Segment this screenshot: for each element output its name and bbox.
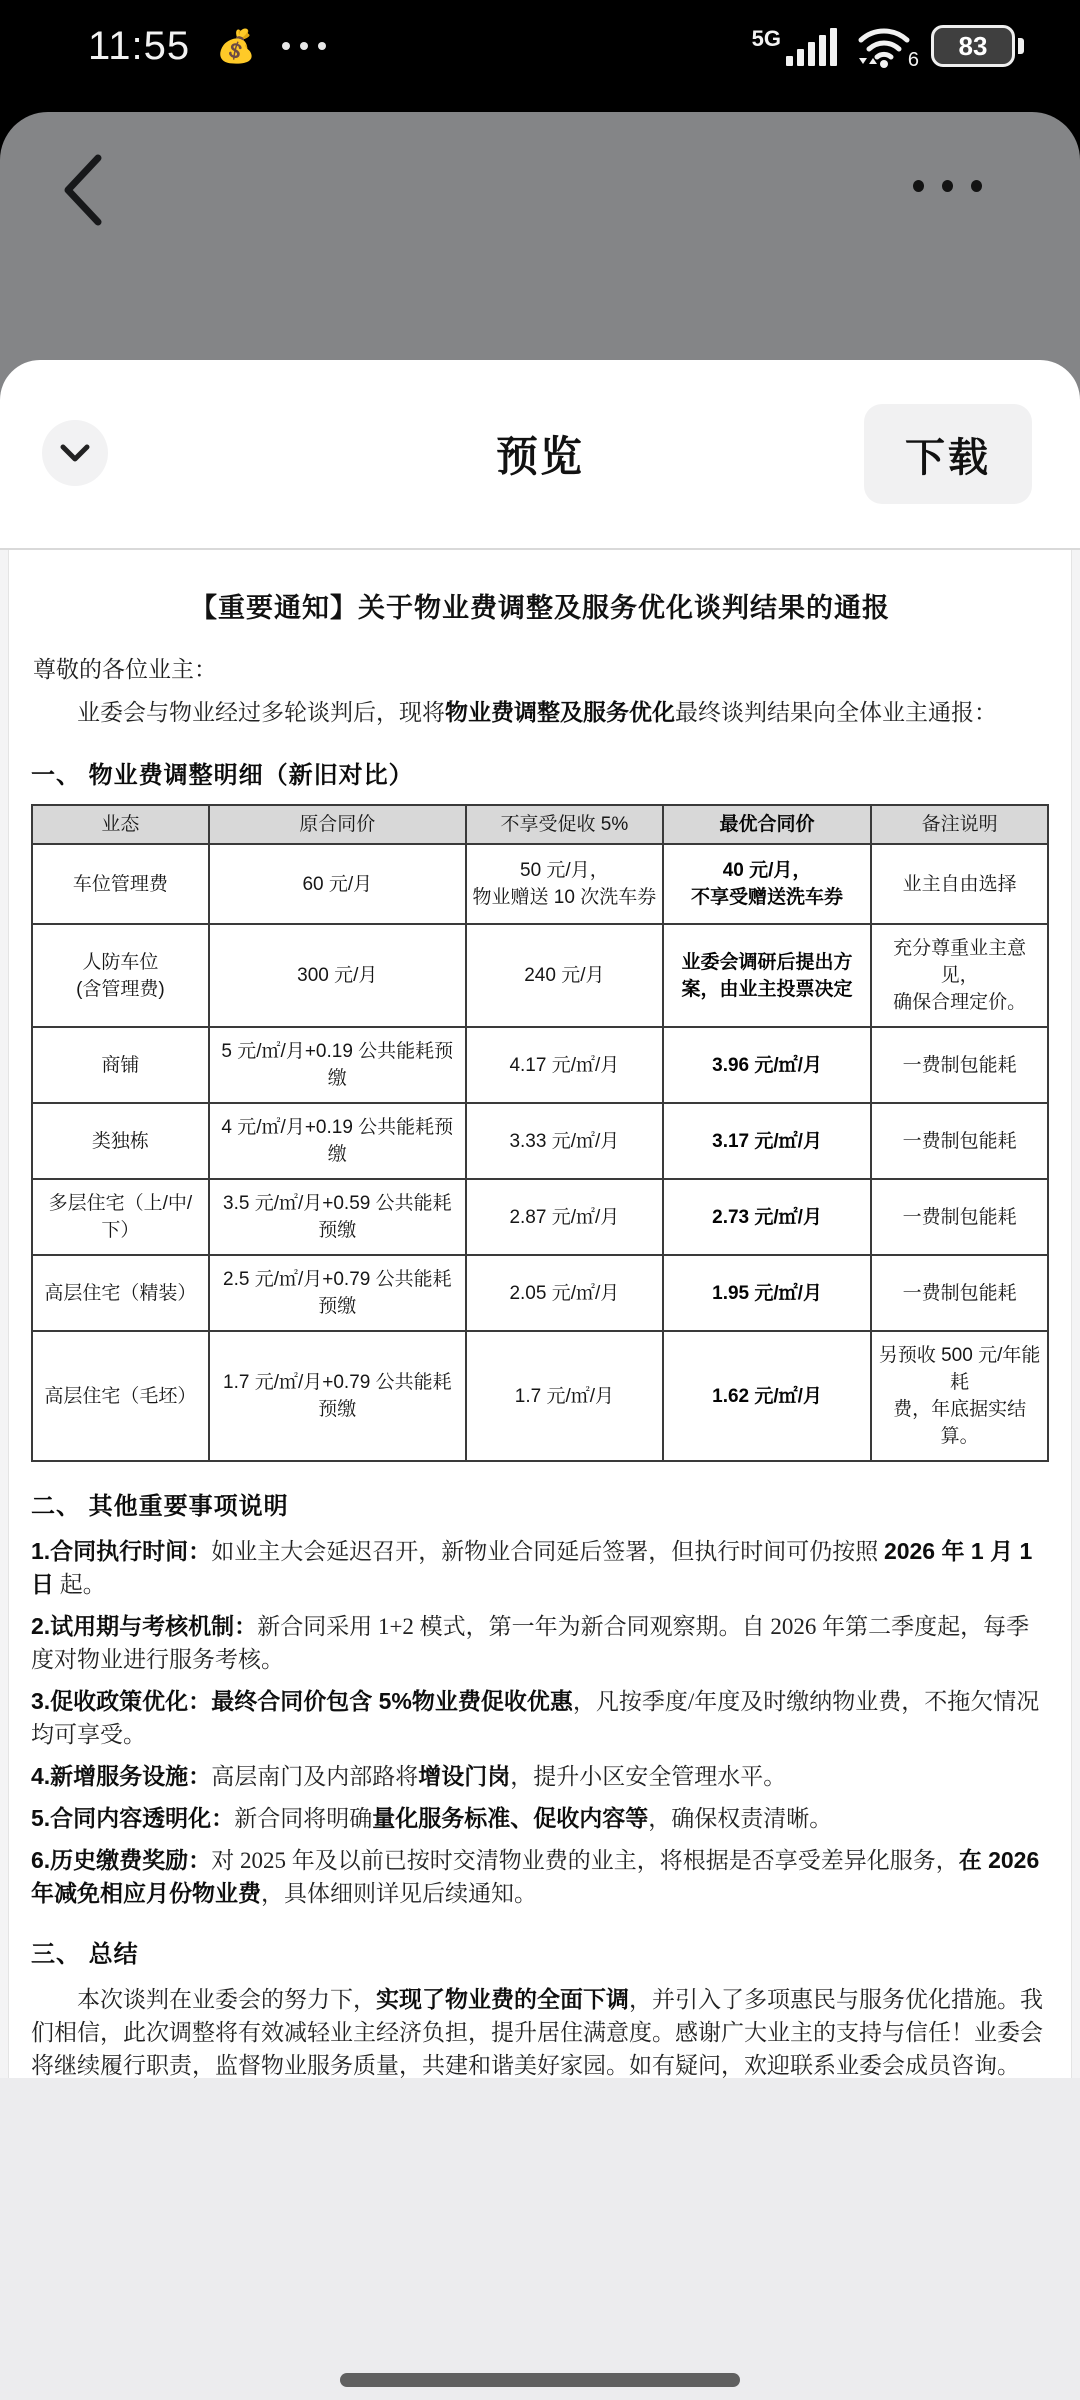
- document-viewport[interactable]: 【重要通知】关于物业费调整及服务优化谈判结果的通报 尊敬的各位业主： 业委会与物…: [0, 548, 1080, 2078]
- table-cell: 高层住宅（精装）: [32, 1255, 209, 1331]
- bold-text-run: 物业费调整及服务优化: [445, 699, 675, 725]
- table-cell: 1.62 元/㎡/月: [663, 1331, 871, 1461]
- table-cell: 一费制包能耗: [871, 1255, 1048, 1331]
- table-row: 人防车位 (含管理费)300 元/月240 元/月业委会调研后提出方 案，由业主…: [32, 924, 1048, 1027]
- text-run: 如业主大会延迟召开，新物业合同延后签署，但执行时间可仍按照: [211, 1539, 884, 1564]
- text-run: ，确保权责清晰。: [648, 1806, 832, 1831]
- table-header-cell: 不享受促收 5%: [466, 805, 663, 844]
- preview-toolbar: 预览 下载: [0, 360, 1080, 548]
- section1-heading: 一、 物业费调整明细（新旧对比）: [31, 755, 1049, 790]
- bold-text-run: 3.促收政策优化：: [31, 1688, 211, 1714]
- bold-text-run: 4.新增服务设施：: [31, 1763, 211, 1789]
- section3-heading: 三、 总结: [31, 1934, 1049, 1969]
- money-bag-emoji-icon: 💰: [216, 30, 256, 62]
- table-cell: 充分尊重业主意见， 确保合理定价。: [871, 924, 1048, 1027]
- table-row: 车位管理费60 元/月50 元/月， 物业赠送 10 次洗车券40 元/月， 不…: [32, 844, 1048, 924]
- table-cell: 60 元/月: [209, 844, 466, 924]
- table-cell: 类独栋: [32, 1103, 209, 1179]
- sheet-footer: [0, 2078, 1080, 2400]
- table-cell: 1.95 元/㎡/月: [663, 1255, 871, 1331]
- table-row: 商铺5 元/㎡/月+0.19 公共能耗预缴4.17 元/㎡/月3.96 元/㎡/…: [32, 1027, 1048, 1103]
- chevron-down-icon: [60, 444, 90, 462]
- table-cell: 业委会调研后提出方 案，由业主投票决定: [663, 924, 871, 1027]
- network-type-label: 5G: [752, 26, 781, 52]
- text-run: 最终谈判结果向全体业主通报：: [675, 700, 997, 725]
- home-indicator-bar[interactable]: [340, 2373, 740, 2387]
- cellular-signal-icon: 5G: [752, 26, 837, 66]
- bold-text-run: 增设门岗: [418, 1763, 510, 1789]
- table-cell: 5 元/㎡/月+0.19 公共能耗预缴: [209, 1027, 466, 1103]
- table-cell: 另预收 500 元/年能耗 费，年底据实结算。: [871, 1331, 1048, 1461]
- salutation: 尊敬的各位业主：: [33, 651, 1049, 684]
- note-item: 5.合同内容透明化：新合同将明确量化服务标准、促收内容等，确保权责清晰。: [31, 1802, 1049, 1835]
- notes-list: 1.合同执行时间：如业主大会延迟召开，新物业合同延后签署，但执行时间可仍按照 2…: [31, 1535, 1049, 1910]
- text-run: 起。: [54, 1572, 106, 1597]
- table-cell: 2.87 元/㎡/月: [466, 1179, 663, 1255]
- table-header-cell: 备注说明: [871, 805, 1048, 844]
- bold-text-run: 量化服务标准、促收内容等: [372, 1805, 648, 1831]
- table-cell: 50 元/月， 物业赠送 10 次洗车券: [466, 844, 663, 924]
- document-title: 【重要通知】关于物业费调整及服务优化谈判结果的通报: [31, 586, 1049, 625]
- chevron-left-icon: [60, 152, 104, 228]
- table-cell: 3.17 元/㎡/月: [663, 1103, 871, 1179]
- collapse-sheet-button[interactable]: [42, 420, 108, 486]
- preview-sheet: 预览 下载 【重要通知】关于物业费调整及服务优化谈判结果的通报 尊敬的各位业主：…: [0, 360, 1080, 2400]
- note-item: 1.合同执行时间：如业主大会延迟召开，新物业合同延后签署，但执行时间可仍按照 2…: [31, 1535, 1049, 1601]
- table-row: 类独栋4 元/㎡/月+0.19 公共能耗预缴3.33 元/㎡/月3.17 元/㎡…: [32, 1103, 1048, 1179]
- table-row: 高层住宅（精装）2.5 元/㎡/月+0.79 公共能耗预缴2.05 元/㎡/月1…: [32, 1255, 1048, 1331]
- table-cell: 3.96 元/㎡/月: [663, 1027, 871, 1103]
- table-header-cell: 最优合同价: [663, 805, 871, 844]
- section2-heading: 二、 其他重要事项说明: [31, 1486, 1049, 1521]
- bold-text-run: 2.试用期与考核机制：: [31, 1613, 257, 1639]
- phone-screen: 11:55 💰 5G 6 83: [0, 0, 1080, 2400]
- text-run: 对 2025 年及以前已按时交清物业费的业主，将根据是否享受差异化服务，: [211, 1848, 959, 1873]
- table-cell: 商铺: [32, 1027, 209, 1103]
- text-run: 高层南门及内部路将: [211, 1764, 418, 1789]
- battery-icon: 83: [931, 25, 1024, 67]
- fee-comparison-table: 业态原合同价不享受促收 5%最优合同价备注说明 车位管理费60 元/月50 元/…: [31, 804, 1049, 1462]
- table-row: 高层住宅（毛坯）1.7 元/㎡/月+0.79 公共能耗预缴1.7 元/㎡/月1.…: [32, 1331, 1048, 1461]
- table-cell: 2.73 元/㎡/月: [663, 1179, 871, 1255]
- table-cell: 240 元/月: [466, 924, 663, 1027]
- wifi-icon: 6: [855, 24, 913, 68]
- bold-text-run: 6.历史缴费奖励：: [31, 1847, 211, 1873]
- more-options-button[interactable]: [903, 170, 992, 202]
- table-cell: 1.7 元/㎡/月+0.79 公共能耗预缴: [209, 1331, 466, 1461]
- back-button[interactable]: [42, 150, 122, 230]
- note-item: 2.试用期与考核机制：新合同采用 1+2 模式，第一年为新合同观察期。自 202…: [31, 1610, 1049, 1676]
- bold-text-run: 1.合同执行时间：: [31, 1538, 211, 1564]
- table-cell: 3.5 元/㎡/月+0.59 公共能耗预缴: [209, 1179, 466, 1255]
- document-page: 【重要通知】关于物业费调整及服务优化谈判结果的通报 尊敬的各位业主： 业委会与物…: [8, 550, 1072, 2078]
- table-cell: 一费制包能耗: [871, 1179, 1048, 1255]
- bold-text-run: 最终合同价包含 5%物业费促收优惠: [211, 1688, 573, 1714]
- wifi6-label: 6: [908, 49, 919, 72]
- table-cell: 4.17 元/㎡/月: [466, 1027, 663, 1103]
- text-run: ，具体细则详见后续通知。: [261, 1881, 537, 1906]
- table-cell: 300 元/月: [209, 924, 466, 1027]
- status-bar: 11:55 💰 5G 6 83: [0, 0, 1080, 82]
- clock: 11:55: [88, 24, 190, 69]
- text-run: 新合同将明确: [234, 1806, 372, 1831]
- notification-dots-icon: [282, 42, 326, 50]
- table-cell: 40 元/月， 不享受赠送洗车券: [663, 844, 871, 924]
- note-item: 4.新增服务设施：高层南门及内部路将增设门岗，提升小区安全管理水平。: [31, 1760, 1049, 1793]
- summary-paragraph: 本次谈判在业委会的努力下，实现了物业费的全面下调，并引入了多项惠民与服务优化措施…: [31, 1983, 1049, 2078]
- note-item: 3.促收政策优化：最终合同价包含 5%物业费促收优惠，凡按季度/年度及时缴纳物业…: [31, 1685, 1049, 1751]
- table-cell: 1.7 元/㎡/月: [466, 1331, 663, 1461]
- table-row: 多层住宅（上/中/下）3.5 元/㎡/月+0.59 公共能耗预缴2.87 元/㎡…: [32, 1179, 1048, 1255]
- table-header-cell: 原合同价: [209, 805, 466, 844]
- table-body: 车位管理费60 元/月50 元/月， 物业赠送 10 次洗车券40 元/月， 不…: [32, 844, 1048, 1461]
- note-item: 6.历史缴费奖励：对 2025 年及以前已按时交清物业费的业主，将根据是否享受差…: [31, 1844, 1049, 1910]
- table-header-row: 业态原合同价不享受促收 5%最优合同价备注说明: [32, 805, 1048, 844]
- download-button[interactable]: 下载: [864, 404, 1032, 504]
- table-cell: 人防车位 (含管理费): [32, 924, 209, 1027]
- text-run: 业委会与物业经过多轮谈判后，现将: [77, 700, 445, 725]
- intro-paragraph: 业委会与物业经过多轮谈判后，现将物业费调整及服务优化最终谈判结果向全体业主通报：: [31, 696, 1049, 729]
- battery-percent: 83: [959, 31, 988, 62]
- table-cell: 一费制包能耗: [871, 1027, 1048, 1103]
- dot-icon: [971, 180, 982, 192]
- table-cell: 高层住宅（毛坯）: [32, 1331, 209, 1461]
- table-cell: 2.5 元/㎡/月+0.79 公共能耗预缴: [209, 1255, 466, 1331]
- sheet-title: 预览: [496, 424, 584, 484]
- text-run: 本次谈判在业委会的努力下，: [77, 1987, 376, 2012]
- table-cell: 一费制包能耗: [871, 1103, 1048, 1179]
- table-cell: 多层住宅（上/中/下）: [32, 1179, 209, 1255]
- table-cell: 2.05 元/㎡/月: [466, 1255, 663, 1331]
- table-cell: 业主自由选择: [871, 844, 1048, 924]
- dot-icon: [942, 180, 953, 192]
- dot-icon: [913, 180, 924, 192]
- table-cell: 车位管理费: [32, 844, 209, 924]
- bold-text-run: 实现了物业费的全面下调: [376, 1986, 629, 2012]
- bold-text-run: 5.合同内容透明化：: [31, 1805, 234, 1831]
- table-cell: 4 元/㎡/月+0.19 公共能耗预缴: [209, 1103, 466, 1179]
- table-cell: 3.33 元/㎡/月: [466, 1103, 663, 1179]
- text-run: ，提升小区安全管理水平。: [510, 1764, 786, 1789]
- table-header-cell: 业态: [32, 805, 209, 844]
